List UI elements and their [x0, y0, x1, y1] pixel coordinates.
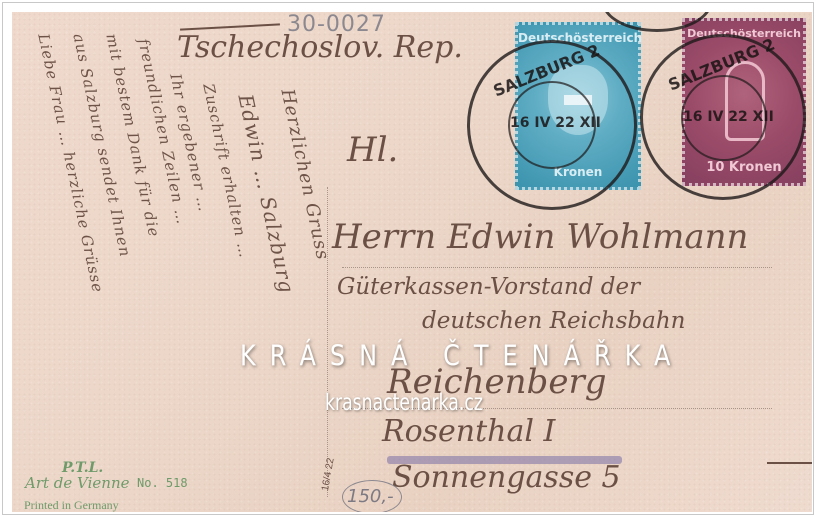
postmark: SALZBURG 2 16 IV 22 XII — [640, 34, 806, 200]
postmark: SALZBURG 2 16 IV 22 XII — [467, 40, 637, 210]
address-rule — [342, 267, 772, 268]
address-name: Herrn Edwin Wohlmann — [332, 217, 748, 257]
address-salutation: Hl. — [347, 130, 398, 170]
date-note: 16/4 22 — [320, 457, 337, 492]
address-line1: Güterkassen-Vorstand der — [337, 274, 640, 300]
image-frame: Liebe Frau … herzliche Grüsse aus Salzbu… — [2, 2, 814, 515]
postcard: Liebe Frau … herzliche Grüsse aus Salzbu… — [12, 12, 812, 512]
postmark-date: 16 IV 22 XII — [510, 115, 601, 131]
address-street: Sonnengasse 5 — [392, 460, 621, 495]
price-mark: 150,- — [347, 486, 394, 507]
publisher-origin: Printed in Germany — [24, 498, 119, 512]
watermark-title: KRÁSNÁ ČTENÁŘKA — [240, 339, 684, 373]
destination-header: Tschechoslov. Rep. — [177, 30, 463, 65]
address-district: Rosenthal I — [382, 414, 555, 449]
publisher-number: No. 518 — [137, 476, 188, 490]
end-stroke — [767, 462, 812, 464]
address-line2: deutschen Reichsbahn — [422, 308, 685, 334]
postmark-date: 16 IV 22 XII — [683, 109, 774, 125]
publisher-series: Art de Vienne — [25, 474, 130, 492]
watermark-url: krasnactenarka.cz — [325, 390, 483, 416]
